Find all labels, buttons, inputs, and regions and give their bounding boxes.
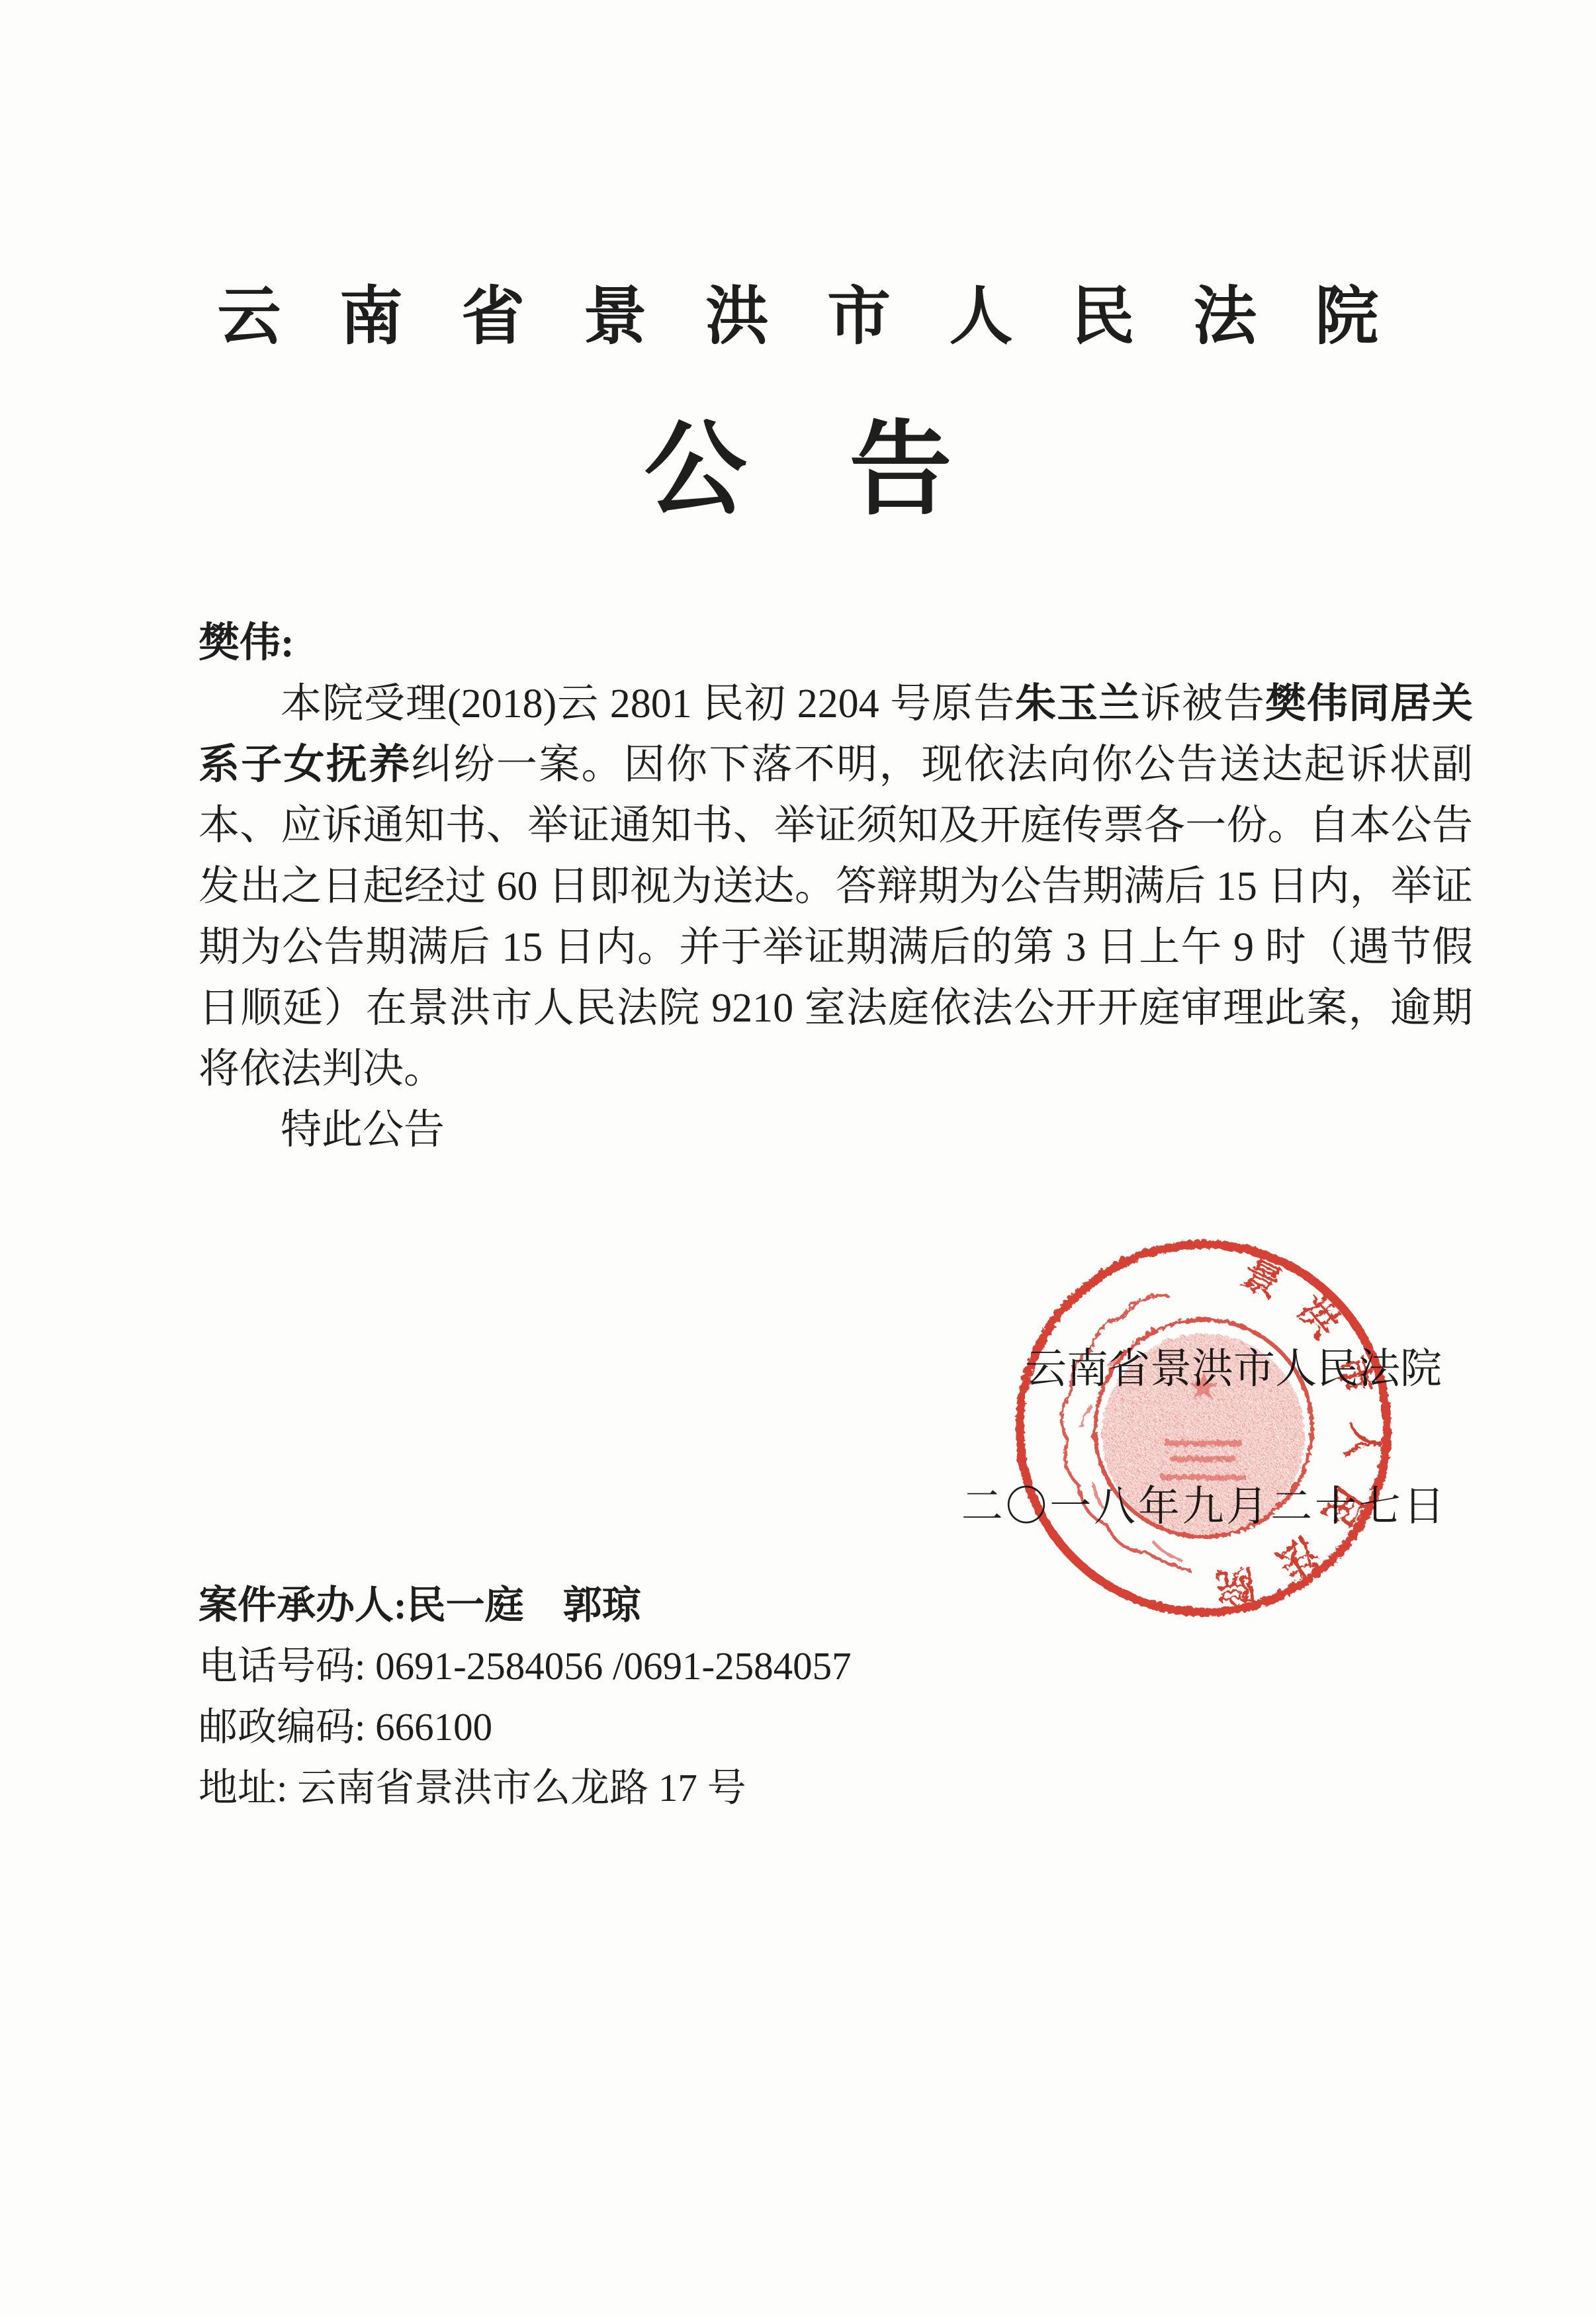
paragraph-segment: 诉被告 [1140, 681, 1265, 726]
phone-label: 电话号码: [199, 1644, 375, 1688]
court-seal-graphic: 景洪市人民法院 [1001, 1226, 1403, 1628]
case-handler-row: 案件承办人:民一庭 郭琼 [199, 1575, 852, 1636]
notice-title: 公 告 [0, 388, 1596, 535]
recipient-name: 樊伟: [199, 613, 1473, 674]
address-row: 地址: 云南省景洪市么龙路 17 号 [199, 1757, 852, 1818]
court-seal: 景洪市人民法院 [1001, 1226, 1403, 1628]
notice-body: 樊伟: 本院受理(2018)云 2801 民初 2204 号原告朱玉兰诉被告樊伟… [199, 613, 1473, 1160]
court-title: 云南省景洪市人民法院 [0, 266, 1596, 357]
case-handler-value: 民一庭 郭琼 [407, 1583, 641, 1627]
phone-numbers: 0691-2584056 /0691-2584057 [375, 1644, 851, 1688]
paragraph-segment: 纠纷一案。因你下落不明，现依法向你公告送达起诉状副本、应诉通知书、举证通知书、举… [199, 742, 1473, 1092]
contact-block: 案件承办人:民一庭 郭琼 电话号码: 0691-2584056 /0691-25… [199, 1575, 852, 1818]
postcode-value: 666100 [375, 1705, 492, 1749]
case-handler-label: 案件承办人: [199, 1583, 407, 1627]
seal-outer-ring [1018, 1243, 1386, 1611]
closing-phrase: 特此公告 [199, 1100, 1473, 1160]
notice-paragraph: 本院受理(2018)云 2801 民初 2204 号原告朱玉兰诉被告樊伟同居关系… [199, 674, 1473, 1100]
signature-date: 二〇一八年九月二十七日 [952, 1473, 1457, 1533]
paragraph-segment: 本院受理(2018)云 2801 民初 2204 号原告 [281, 681, 1015, 726]
signature-court-name: 云南省景洪市人民法院 [1011, 1335, 1456, 1395]
plaintiff-name: 朱玉兰 [1015, 681, 1140, 726]
postcode-label: 邮政编码: [199, 1705, 375, 1749]
address-value: 云南省景洪市么龙路 17 号 [297, 1766, 746, 1810]
seal-arc-text: 景洪市人民法院 [1188, 1250, 1386, 1610]
phone-row: 电话号码: 0691-2584056 /0691-2584057 [199, 1636, 852, 1696]
court-notice-page: 云南省景洪市人民法院 公 告 樊伟: 本院受理(2018)云 2801 民初 2… [0, 0, 1596, 2315]
postcode-row: 邮政编码: 666100 [199, 1696, 852, 1757]
address-label: 地址: [199, 1766, 297, 1810]
